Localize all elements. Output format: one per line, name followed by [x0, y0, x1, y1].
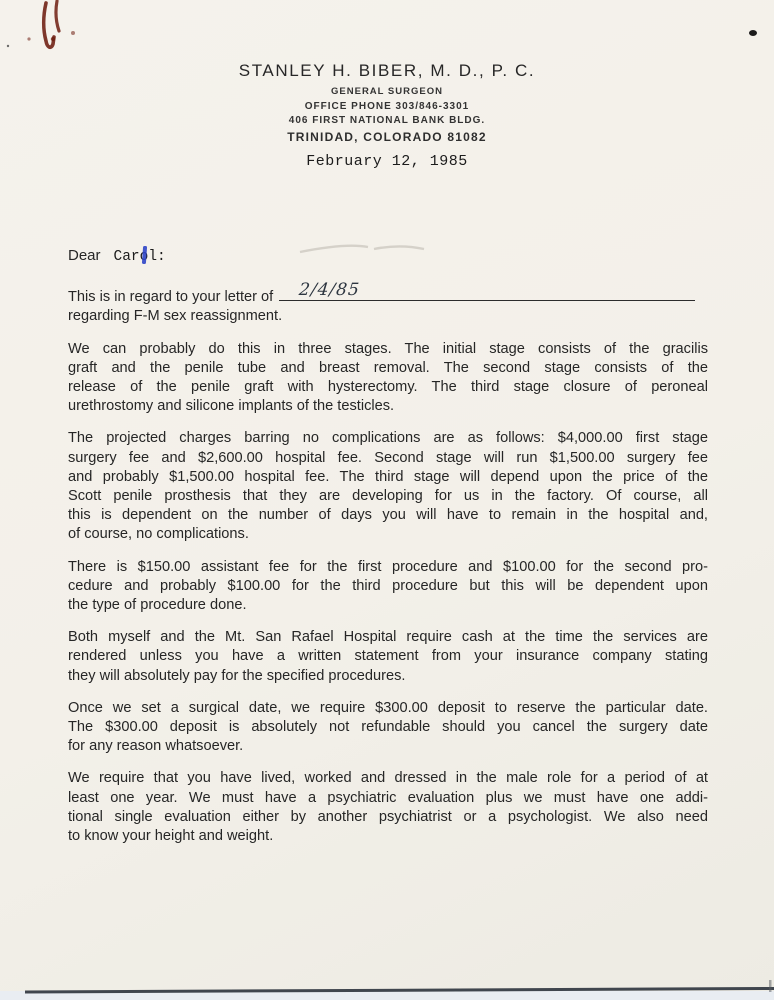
- paragraph-line: We can probably do this in three stages.…: [68, 340, 708, 359]
- paragraph-line: and probably $1,500.00 hospital fee. The…: [68, 468, 708, 487]
- paragraph-line: Both myself and the Mt. San Rafael Hospi…: [68, 628, 708, 647]
- scan-dot: [742, 22, 766, 46]
- date-underline: 2/4/85: [279, 286, 695, 301]
- paragraph-line: least one year. We must have a psychiatr…: [68, 789, 708, 808]
- paragraph-line: for any reason whatsoever.: [68, 737, 708, 756]
- page-bottom-edge: [0, 980, 774, 1000]
- letter-body: DearCarol: This is in regard to your let…: [68, 246, 708, 859]
- paragraph-line: graft and the penile tube and breast rem…: [68, 359, 708, 378]
- paragraph-line: Once we set a surgical date, we require …: [68, 699, 708, 718]
- paragraph-line: The $300.00 deposit is absolutely not re…: [68, 718, 708, 737]
- paragraph-line: Scott penile prosthesis that they are de…: [68, 487, 708, 506]
- paragraph-line: There is $150.00 assistant fee for the f…: [68, 558, 708, 577]
- office-phone: OFFICE PHONE 303/846-3301: [0, 101, 774, 112]
- paragraph-1: We can probably do this in three stages.…: [68, 340, 708, 417]
- intro-line1: This is in regard to your letter of: [68, 288, 273, 307]
- office-address: 406 FIRST NATIONAL BANK BLDG.: [0, 115, 774, 126]
- pen-mark: [140, 245, 149, 266]
- paragraph-line: to know your height and weight.: [68, 827, 708, 846]
- letter-date: February 12, 1985: [0, 153, 774, 170]
- scanned-letter-page: STANLEY H. BIBER, M. D., P. C. GENERAL S…: [0, 0, 774, 1000]
- paragraph-line: rendered unless you have a written state…: [68, 647, 708, 666]
- paragraph-4: Both myself and the Mt. San Rafael Hospi…: [68, 628, 708, 686]
- paragraph-line: the type of procedure done.: [68, 596, 708, 615]
- intro-block: This is in regard to your letter of 2/4/…: [68, 286, 708, 326]
- paragraph-line: The projected charges barring no complic…: [68, 429, 708, 448]
- paragraph-3: There is $150.00 assistant fee for the f…: [68, 558, 708, 616]
- paragraph-line: We require that you have lived, worked a…: [68, 769, 708, 788]
- intro-line2: regarding F-M sex reassignment.: [68, 307, 708, 326]
- paragraph-line: surgery fee and $2,600.00 hospital fee. …: [68, 449, 708, 468]
- doctor-title: GENERAL SURGEON: [0, 86, 774, 97]
- paragraph-line: cedure and probably $100.00 for the thir…: [68, 577, 708, 596]
- ink-stain: [0, 0, 120, 70]
- paragraph-line: release of the penile graft with hystere…: [68, 378, 708, 397]
- paragraph-line: urethrostomy and silicone implants of th…: [68, 397, 708, 416]
- office-city: TRINIDAD, COLORADO 81082: [0, 130, 774, 144]
- paragraph-6: We require that you have lived, worked a…: [68, 769, 708, 846]
- paragraph-5: Once we set a surgical date, we require …: [68, 699, 708, 757]
- paragraph-line: this is dependent on the number of days …: [68, 506, 708, 525]
- paragraph-line: they will absolutely pay for the specifi…: [68, 667, 708, 686]
- recipient-name: Carol:: [114, 249, 166, 265]
- letterhead: STANLEY H. BIBER, M. D., P. C. GENERAL S…: [0, 61, 774, 170]
- salutation-prefix: Dear: [68, 247, 101, 264]
- salutation: DearCarol:: [68, 246, 708, 267]
- handwritten-date: 2/4/85: [298, 281, 361, 300]
- paragraph-2: The projected charges barring no complic…: [68, 429, 708, 544]
- paragraph-line: tional single evaluation either by anoth…: [68, 808, 708, 827]
- pen-marked-letter: o: [140, 248, 149, 267]
- paragraph-line: of course, no complications.: [68, 525, 708, 544]
- doctor-name: STANLEY H. BIBER, M. D., P. C.: [0, 61, 774, 81]
